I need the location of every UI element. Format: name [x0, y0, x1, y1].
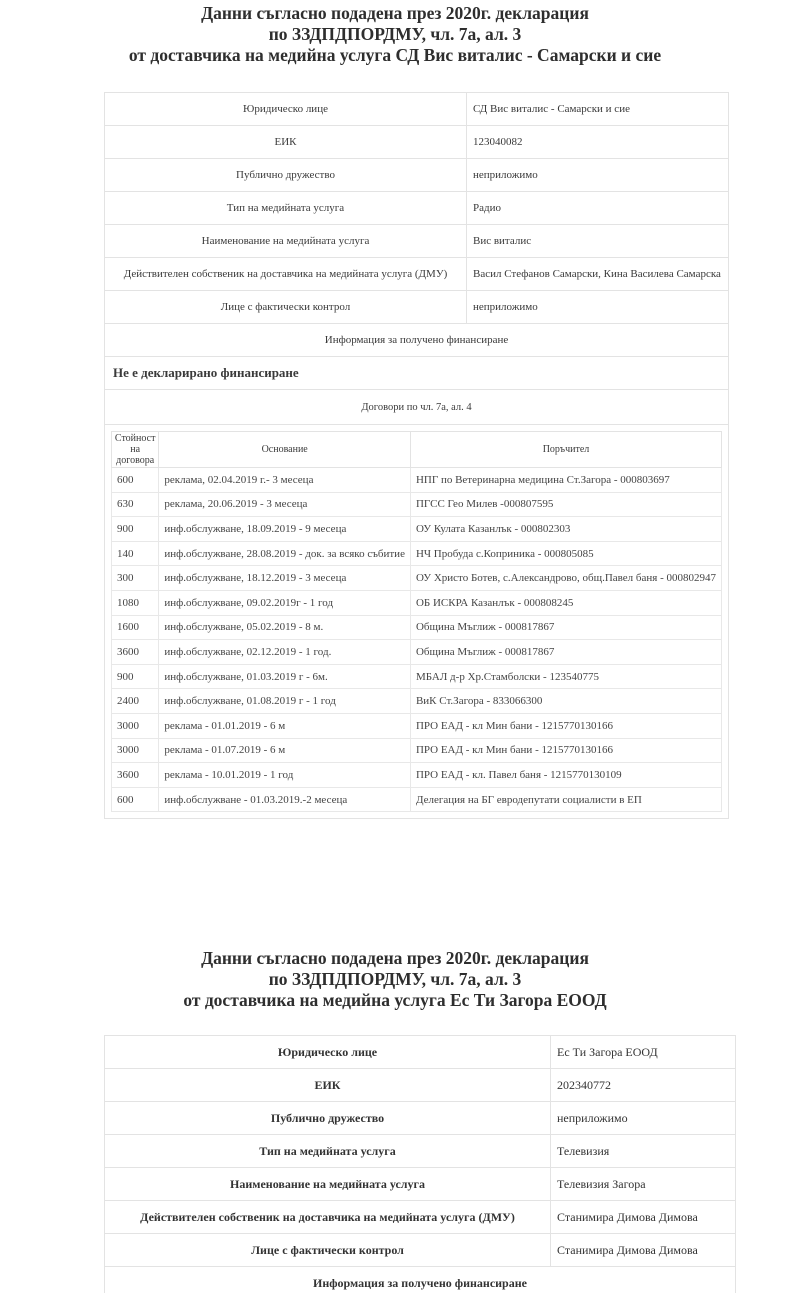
- funding-header: Информация за получено финансиране: [105, 1267, 736, 1293]
- info-row: Лице с фактически контролСтанимира Димов…: [105, 1234, 736, 1267]
- field-value: СД Вис виталис - Самарски и сие: [467, 93, 729, 126]
- contract-value: 3000: [112, 713, 159, 738]
- field-value: неприложимо: [551, 1102, 736, 1135]
- contract-client: НПГ по Ветеринарна медицина Ст.Загора - …: [410, 468, 721, 493]
- contract-client: ПГСС Гео Милев -000807595: [410, 492, 721, 517]
- contract-value: 3000: [112, 738, 159, 763]
- contract-client: ОБ ИСКРА Казанлък - 000808245: [410, 590, 721, 615]
- field-value: Станимира Димова Димова: [551, 1234, 736, 1267]
- field-label: Тип на медийната услуга: [105, 192, 467, 225]
- info-row: Юридическо лицеЕс Ти Загора ЕООД: [105, 1036, 736, 1069]
- field-value: Радио: [467, 192, 729, 225]
- info-row: Публично дружествонеприложимо: [105, 1102, 736, 1135]
- contract-value: 2400: [112, 689, 159, 714]
- contract-client: МБАЛ д-р Хр.Стамболски - 123540775: [410, 664, 721, 689]
- field-label: Публично дружество: [105, 159, 467, 192]
- contract-client: Община Мъглиж - 000817867: [410, 615, 721, 640]
- title-line: Данни съгласно подадена през 2020г. декл…: [0, 3, 790, 24]
- contracts-header: Договори по чл. 7а, ал. 4: [105, 390, 729, 425]
- contract-client: НЧ Пробуда с.Коприника - 000805085: [410, 541, 721, 566]
- contract-value: 140: [112, 541, 159, 566]
- table-row: 3000реклама - 01.01.2019 - 6 мПРО ЕАД - …: [112, 713, 722, 738]
- info-row: Публично дружествонеприложимо: [105, 159, 729, 192]
- contract-value: 1600: [112, 615, 159, 640]
- field-value: 202340772: [551, 1069, 736, 1102]
- info-row: Тип на медийната услугаРадио: [105, 192, 729, 225]
- contract-client: ВиК Ст.Загора - 833066300: [410, 689, 721, 714]
- field-value: Телевизия Загора: [551, 1168, 736, 1201]
- contract-basis: инф.обслужване, 28.08.2019 - док. за вся…: [159, 541, 411, 566]
- field-label: Лице с фактически контрол: [105, 1234, 551, 1267]
- contract-basis: реклама - 01.01.2019 - 6 м: [159, 713, 411, 738]
- field-label: Наименование на медийната услуга: [105, 225, 467, 258]
- contract-basis: реклама, 20.06.2019 - 3 месеца: [159, 492, 411, 517]
- table-row: 600реклама, 02.04.2019 г.- 3 месецаНПГ п…: [112, 468, 722, 493]
- contract-client: ПРО ЕАД - кл. Павел баня - 1215770130109: [410, 763, 721, 788]
- contract-basis: реклама, 02.04.2019 г.- 3 месеца: [159, 468, 411, 493]
- info-row: Тип на медийната услугаТелевизия: [105, 1135, 736, 1168]
- table-row: 3600инф.обслужване, 02.12.2019 - 1 год.О…: [112, 640, 722, 665]
- info-row: ЕИК202340772: [105, 1069, 736, 1102]
- table-row: 600инф.обслужване - 01.03.2019.-2 месеца…: [112, 787, 722, 812]
- contract-client: ПРО ЕАД - кл Мин бани - 1215770130166: [410, 713, 721, 738]
- title-line: от доставчика на медийна услуга СД Вис в…: [0, 45, 790, 66]
- contract-client: Делегация на БГ евродепутати социалисти …: [410, 787, 721, 812]
- field-label: Действителен собственик на доставчика на…: [105, 1201, 551, 1234]
- table-row: 1080инф.обслужване, 09.02.2019г - 1 годО…: [112, 590, 722, 615]
- table-row: 3000реклама - 01.07.2019 - 6 мПРО ЕАД - …: [112, 738, 722, 763]
- field-value: неприложимо: [467, 159, 729, 192]
- declaration-info-table: Юридическо лицеСД Вис виталис - Самарски…: [104, 92, 729, 819]
- field-value: Телевизия: [551, 1135, 736, 1168]
- table-row: 900инф.обслужване, 18.09.2019 - 9 месеца…: [112, 517, 722, 542]
- info-row: Действителен собственик на доставчика на…: [105, 1201, 736, 1234]
- title-line: Данни съгласно подадена през 2020г. декл…: [0, 948, 790, 969]
- contract-basis: инф.обслужване, 01.08.2019 г - 1 год: [159, 689, 411, 714]
- field-label: Юридическо лице: [105, 1036, 551, 1069]
- title-line: по ЗЗДПДПОРДМУ, чл. 7а, ал. 3: [0, 24, 790, 45]
- info-row: Наименование на медийната услугаВис вита…: [105, 225, 729, 258]
- field-value: 123040082: [467, 126, 729, 159]
- table-row: 3600реклама - 10.01.2019 - 1 годПРО ЕАД …: [112, 763, 722, 788]
- contract-basis: инф.обслужване - 01.03.2019.-2 месеца: [159, 787, 411, 812]
- field-label: Наименование на медийната услуга: [105, 1168, 551, 1201]
- contract-value: 630: [112, 492, 159, 517]
- title-line: по ЗЗДПДПОРДМУ, чл. 7а, ал. 3: [0, 969, 790, 990]
- field-label: Тип на медийната услуга: [105, 1135, 551, 1168]
- contract-value: 3600: [112, 640, 159, 665]
- field-label: ЕИК: [105, 126, 467, 159]
- contract-value: 1080: [112, 590, 159, 615]
- column-header-client: Поръчител: [410, 432, 721, 468]
- contract-client: ОУ Христо Ботев, с.Александрово, общ.Пав…: [410, 566, 721, 591]
- field-value: Васил Стефанов Самарски, Кина Василева С…: [467, 258, 729, 291]
- field-value: неприложимо: [467, 291, 729, 324]
- funding-status: Не е декларирано финансиране: [105, 357, 729, 390]
- contract-value: 300: [112, 566, 159, 591]
- contracts-wrapper: Стойност на договора Основание Поръчител…: [105, 425, 729, 819]
- declaration-title: Данни съгласно подадена през 2020г. декл…: [0, 948, 790, 1011]
- contract-basis: инф.обслужване, 02.12.2019 - 1 год.: [159, 640, 411, 665]
- contracts-table: Стойност на договора Основание Поръчител…: [111, 431, 722, 812]
- field-value: Вис виталис: [467, 225, 729, 258]
- contract-basis: инф.обслужване, 09.02.2019г - 1 год: [159, 590, 411, 615]
- table-row: 630реклама, 20.06.2019 - 3 месецаПГСС Ге…: [112, 492, 722, 517]
- contract-basis: реклама - 01.07.2019 - 6 м: [159, 738, 411, 763]
- contract-client: Община Мъглиж - 000817867: [410, 640, 721, 665]
- field-label: ЕИК: [105, 1069, 551, 1102]
- info-row: Наименование на медийната услугаТелевизи…: [105, 1168, 736, 1201]
- info-row: Лице с фактически контролнеприложимо: [105, 291, 729, 324]
- contract-value: 600: [112, 468, 159, 493]
- field-label: Действителен собственик на доставчика на…: [105, 258, 467, 291]
- contract-value: 900: [112, 664, 159, 689]
- contract-client: ОУ Кулата Казанлък - 000802303: [410, 517, 721, 542]
- field-value: Ес Ти Загора ЕООД: [551, 1036, 736, 1069]
- declaration-info-table: Юридическо лицеЕс Ти Загора ЕООДЕИК20234…: [104, 1035, 736, 1293]
- contract-value: 3600: [112, 763, 159, 788]
- field-value: Станимира Димова Димова: [551, 1201, 736, 1234]
- table-row: 900инф.обслужване, 01.03.2019 г - 6м.МБА…: [112, 664, 722, 689]
- info-row: Юридическо лицеСД Вис виталис - Самарски…: [105, 93, 729, 126]
- declaration-title: Данни съгласно подадена през 2020г. декл…: [0, 3, 790, 66]
- table-row: 2400инф.обслужване, 01.08.2019 г - 1 год…: [112, 689, 722, 714]
- contract-client: ПРО ЕАД - кл Мин бани - 1215770130166: [410, 738, 721, 763]
- contract-value: 900: [112, 517, 159, 542]
- table-row: 1600инф.обслужване, 05.02.2019 - 8 м.Общ…: [112, 615, 722, 640]
- contract-basis: инф.обслужване, 18.12.2019 - 3 месеца: [159, 566, 411, 591]
- contract-basis: инф.обслужване, 18.09.2019 - 9 месеца: [159, 517, 411, 542]
- contract-basis: инф.обслужване, 05.02.2019 - 8 м.: [159, 615, 411, 640]
- field-label: Лице с фактически контрол: [105, 291, 467, 324]
- contract-basis: реклама - 10.01.2019 - 1 год: [159, 763, 411, 788]
- title-line: от доставчика на медийна услуга Ес Ти За…: [0, 990, 790, 1011]
- contract-basis: инф.обслужване, 01.03.2019 г - 6м.: [159, 664, 411, 689]
- field-label: Публично дружество: [105, 1102, 551, 1135]
- field-label: Юридическо лице: [105, 93, 467, 126]
- funding-header: Информация за получено финансиране: [105, 324, 729, 357]
- info-row: ЕИК123040082: [105, 126, 729, 159]
- table-row: 300инф.обслужване, 18.12.2019 - 3 месеца…: [112, 566, 722, 591]
- column-header-value: Стойност на договора: [112, 432, 159, 468]
- contract-value: 600: [112, 787, 159, 812]
- table-row: 140инф.обслужване, 28.08.2019 - док. за …: [112, 541, 722, 566]
- column-header-basis: Основание: [159, 432, 411, 468]
- info-row: Действителен собственик на доставчика на…: [105, 258, 729, 291]
